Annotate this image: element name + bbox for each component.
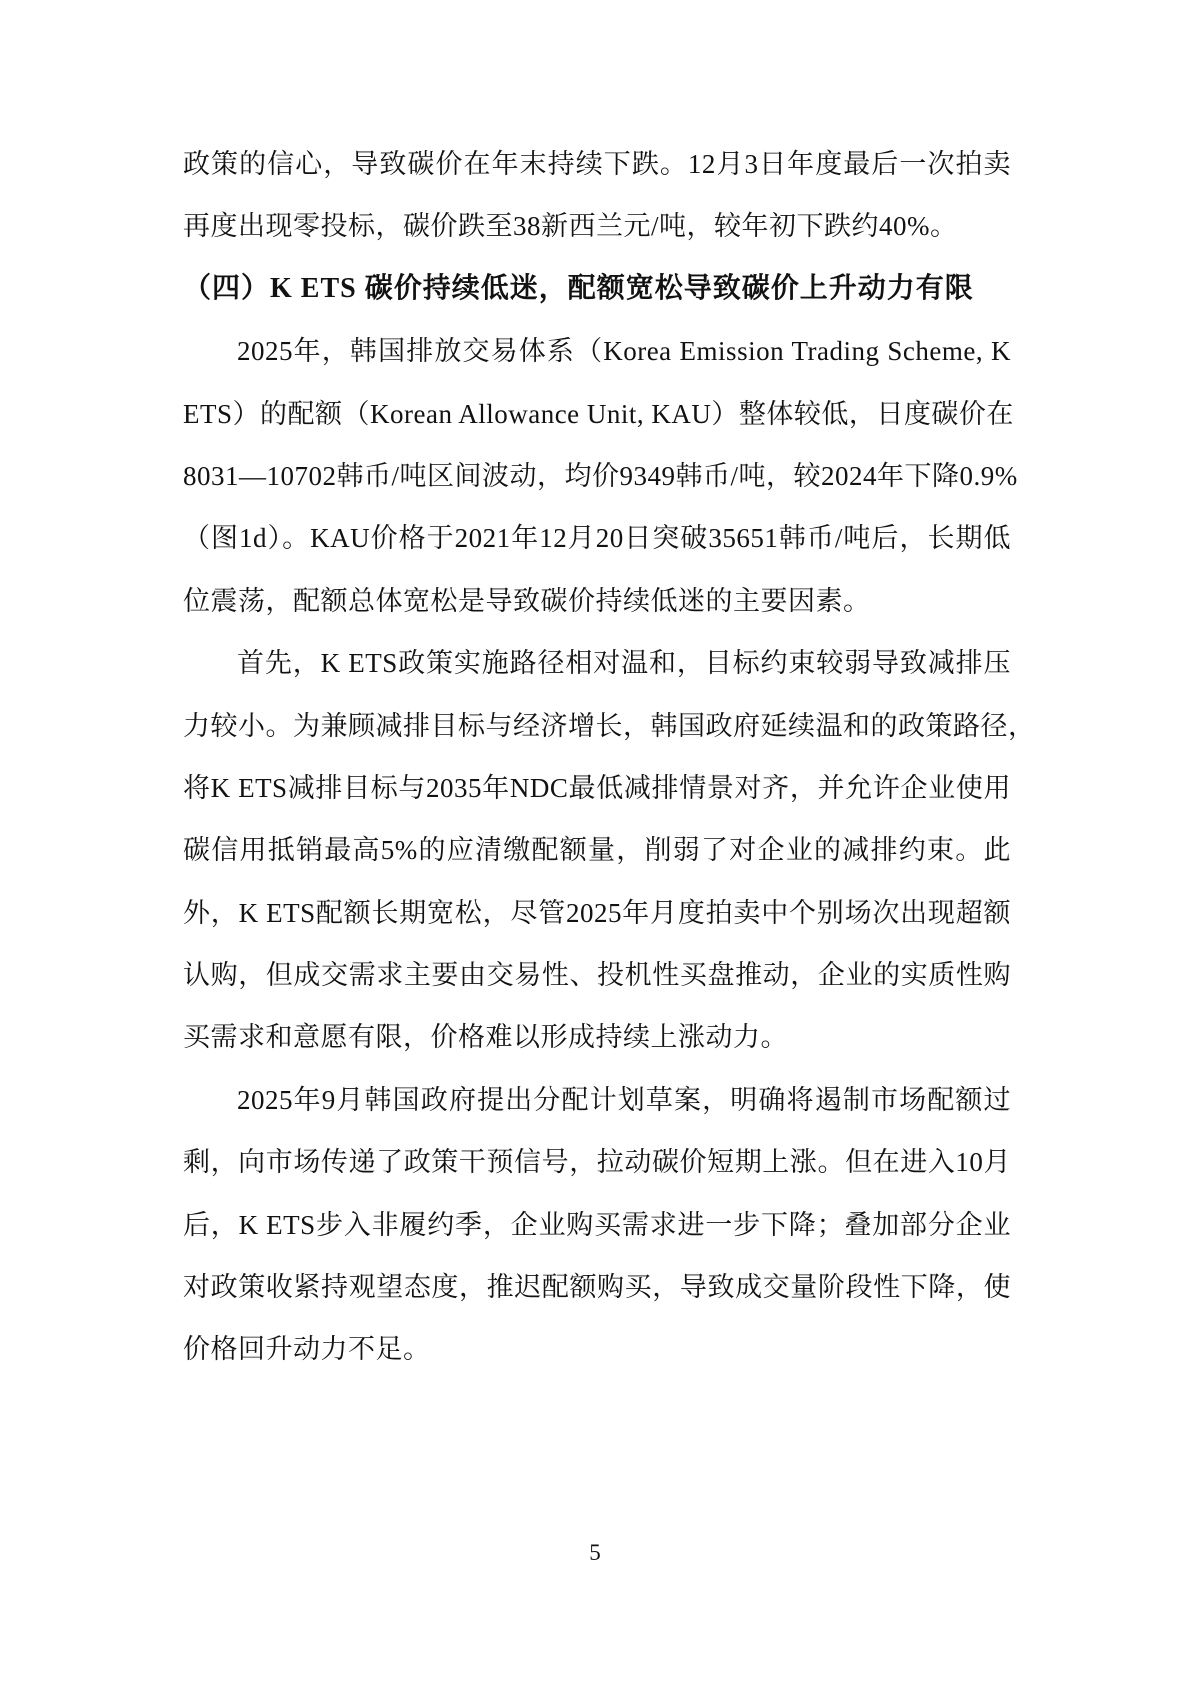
text-line: 2025年，韩国排放交易体系（Korea Emission Trading Sc… <box>183 320 1011 382</box>
text-line: 首先，K ETS政策实施路径相对温和，目标约束较弱导致减排压 <box>183 632 1011 694</box>
page-number-footer: 5 <box>0 1536 1190 1570</box>
text-line: 剩，向市场传递了政策干预信号，拉动碳价短期上涨。但在进入10月 <box>183 1131 1011 1193</box>
document-body: 政策的信心，导致碳价在年末持续下跌。12月3日年度最后一次拍卖再度出现零投标，碳… <box>183 133 1011 1381</box>
text-line: 力较小。为兼顾减排目标与经济增长，韩国政府延续温和的政策路径， <box>183 695 1011 757</box>
text-line: 后，K ETS步入非履约季，企业购买需求进一步下降；叠加部分企业 <box>183 1194 1011 1256</box>
text-line: 位震荡，配额总体宽松是导致碳价持续低迷的主要因素。 <box>183 570 1011 632</box>
document-page: 政策的信心，导致碳价在年末持续下跌。12月3日年度最后一次拍卖再度出现零投标，碳… <box>0 0 1190 1683</box>
text-line: 碳信用抵销最高5%的应清缴配额量，削弱了对企业的减排约束。此 <box>183 819 1011 881</box>
text-line: 认购，但成交需求主要由交易性、投机性买盘推动，企业的实质性购 <box>183 944 1011 1006</box>
text-line: 价格回升动力不足。 <box>183 1318 1011 1380</box>
section-heading: （四）K ETS 碳价持续低迷，配额宽松导致碳价上升动力有限 <box>183 258 1011 320</box>
text-line: 将K ETS减排目标与2035年NDC最低减排情景对齐，并允许企业使用 <box>183 757 1011 819</box>
text-line: ETS）的配额（Korean Allowance Unit, KAU）整体较低，… <box>183 383 1011 445</box>
text-line: 再度出现零投标，碳价跌至38新西兰元/吨，较年初下跌约40%。 <box>183 195 1011 257</box>
text-line: （图1d）。KAU价格于2021年12月20日突破35651韩币/吨后，长期低 <box>183 507 1011 569</box>
text-line: 政策的信心，导致碳价在年末持续下跌。12月3日年度最后一次拍卖 <box>183 133 1011 195</box>
page-number: 5 <box>589 1540 601 1565</box>
text-line: 买需求和意愿有限，价格难以形成持续上涨动力。 <box>183 1006 1011 1068</box>
text-line: 对政策收紧持观望态度，推迟配额购买，导致成交量阶段性下降，使 <box>183 1256 1011 1318</box>
text-line: 8031—10702韩币/吨区间波动，均价9349韩币/吨，较2024年下降0.… <box>183 445 1011 507</box>
text-line: 2025年9月韩国政府提出分配计划草案，明确将遏制市场配额过 <box>183 1069 1011 1131</box>
text-line: 外，K ETS配额长期宽松，尽管2025年月度拍卖中个别场次出现超额 <box>183 882 1011 944</box>
